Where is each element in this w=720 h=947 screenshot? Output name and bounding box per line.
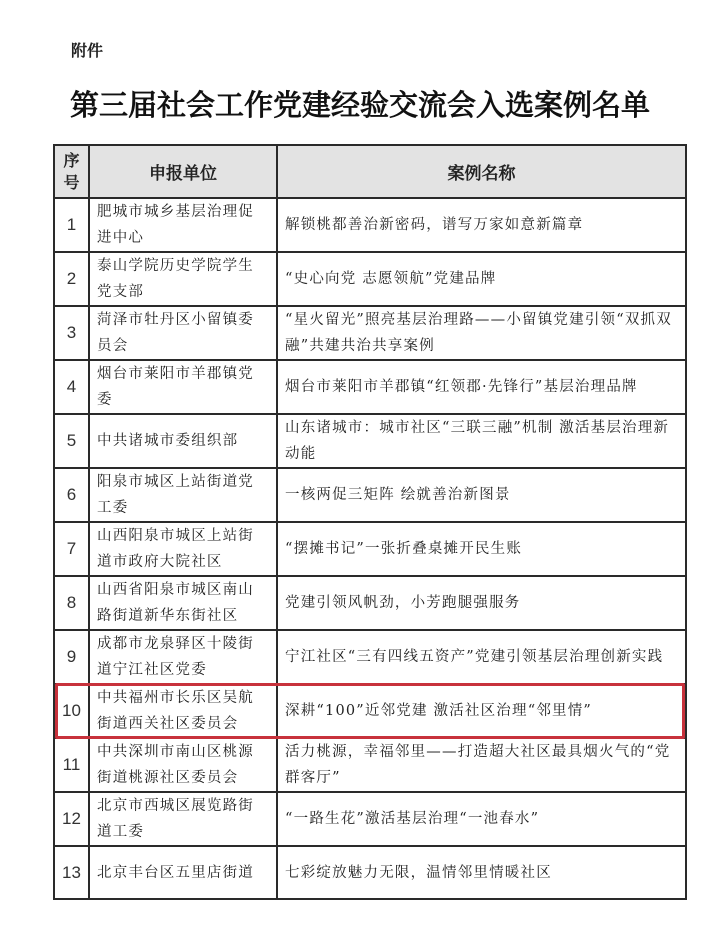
case-name: “史心向党 志愿领航”党建品牌 [277,252,686,306]
applicant-unit: 中共福州市长乐区吴航街道西关社区委员会 [89,684,277,738]
row-number: 9 [54,630,89,684]
row-number: 6 [54,468,89,522]
applicant-unit: 中共深圳市南山区桃源街道桃源社区委员会 [89,738,277,792]
header-applicant-unit: 申报单位 [89,145,277,198]
case-name: 解锁桃都善治新密码，谱写万家如意新篇章 [277,198,686,252]
applicant-unit: 北京市西城区展览路街道工委 [89,792,277,846]
case-name: 活力桃源，幸福邻里——打造超大社区最具烟火气的“党群客厅” [277,738,686,792]
applicant-unit: 泰山学院历史学院学生党支部 [89,252,277,306]
case-name: “星火留光”照亮基层治理路——小留镇党建引领“双抓双融”共建共治共享案例 [277,306,686,360]
applicant-unit: 肥城市城乡基层治理促进中心 [89,198,277,252]
table-row: 1 肥城市城乡基层治理促进中心 解锁桃都善治新密码，谱写万家如意新篇章 [54,198,686,252]
table-row: 2 泰山学院历史学院学生党支部 “史心向党 志愿领航”党建品牌 [54,252,686,306]
case-name: 深耕“100”近邻党建 激活社区治理“邻里情” [277,684,686,738]
table-row: 6 阳泉市城区上站街道党工委 一核两促三矩阵 绘就善治新图景 [54,468,686,522]
table-row: 9 成都市龙泉驿区十陵街道宁江社区党委 宁江社区“三有四线五资产”党建引领基层治… [54,630,686,684]
row-number: 13 [54,846,89,899]
header-serial-number: 序号 [54,145,89,198]
case-list-table: 序号 申报单位 案例名称 1 肥城市城乡基层治理促进中心 解锁桃都善治新密码，谱… [53,144,687,900]
row-number: 10 [54,684,89,738]
header-case-name: 案例名称 [277,145,686,198]
case-name: 山东诸城市：城市社区“三联三融”机制 激活基层治理新动能 [277,414,686,468]
document-title: 第三届社会工作党建经验交流会入选案例名单 [0,83,720,124]
case-name: 七彩绽放魅力无限，温情邻里情暖社区 [277,846,686,899]
table-row: 3 菏泽市牡丹区小留镇委员会 “星火留光”照亮基层治理路——小留镇党建引领“双抓… [54,306,686,360]
applicant-unit: 菏泽市牡丹区小留镇委员会 [89,306,277,360]
table-row: 5 中共诸城市委组织部 山东诸城市：城市社区“三联三融”机制 激活基层治理新动能 [54,414,686,468]
row-number: 11 [54,738,89,792]
applicant-unit: 阳泉市城区上站街道党工委 [89,468,277,522]
case-name: 党建引领风帆劲，小芳跑腿强服务 [277,576,686,630]
row-number: 2 [54,252,89,306]
applicant-unit: 中共诸城市委组织部 [89,414,277,468]
row-number: 4 [54,360,89,414]
case-name: 烟台市莱阳市羊郡镇“红领郡·先锋行”基层治理品牌 [277,360,686,414]
row-number: 12 [54,792,89,846]
table-row: 4 烟台市莱阳市羊郡镇党委 烟台市莱阳市羊郡镇“红领郡·先锋行”基层治理品牌 [54,360,686,414]
row-number: 1 [54,198,89,252]
table-row: 8 山西省阳泉市城区南山路街道新华东街社区 党建引领风帆劲，小芳跑腿强服务 [54,576,686,630]
table-row: 7 山西阳泉市城区上站街道市政府大院社区 “摆摊书记”一张折叠桌摊开民生账 [54,522,686,576]
case-name: 宁江社区“三有四线五资产”党建引领基层治理创新实践 [277,630,686,684]
applicant-unit: 烟台市莱阳市羊郡镇党委 [89,360,277,414]
table-row-highlighted: 10 中共福州市长乐区吴航街道西关社区委员会 深耕“100”近邻党建 激活社区治… [54,684,686,738]
case-name: “摆摊书记”一张折叠桌摊开民生账 [277,522,686,576]
table-row: 13 北京丰台区五里店街道 七彩绽放魅力无限，温情邻里情暖社区 [54,846,686,899]
row-number: 5 [54,414,89,468]
attachment-label: 附件 [71,38,103,61]
row-number: 8 [54,576,89,630]
row-number: 7 [54,522,89,576]
applicant-unit: 北京丰台区五里店街道 [89,846,277,899]
table-row: 11 中共深圳市南山区桃源街道桃源社区委员会 活力桃源，幸福邻里——打造超大社区… [54,738,686,792]
table-row: 12 北京市西城区展览路街道工委 “一路生花”激活基层治理“一池春水” [54,792,686,846]
applicant-unit: 山西阳泉市城区上站街道市政府大院社区 [89,522,277,576]
case-name: 一核两促三矩阵 绘就善治新图景 [277,468,686,522]
table-header-row: 序号 申报单位 案例名称 [54,145,686,198]
row-number: 3 [54,306,89,360]
applicant-unit: 成都市龙泉驿区十陵街道宁江社区党委 [89,630,277,684]
applicant-unit: 山西省阳泉市城区南山路街道新华东街社区 [89,576,277,630]
case-name: “一路生花”激活基层治理“一池春水” [277,792,686,846]
